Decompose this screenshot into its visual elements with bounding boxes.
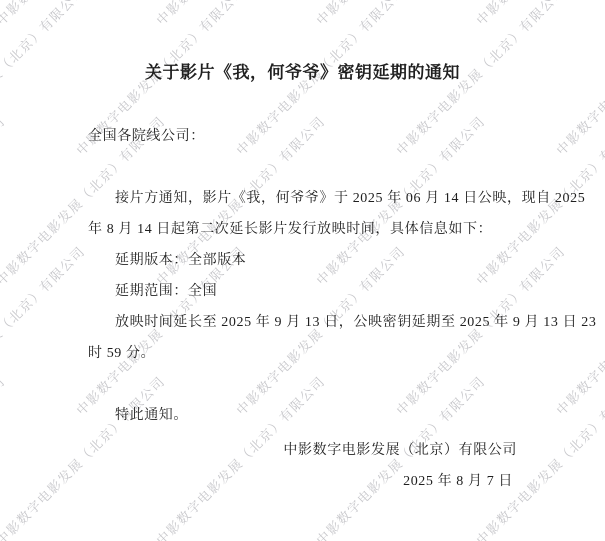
watermark-text: 中影数字电影发展（北京）有限公司 [551, 0, 605, 159]
paragraph2-line1: 放映时间延长至 2025 年 9 月 13 日，公映密钥延期至 2025 年 9… [88, 307, 517, 338]
date-line: 2025 年 8 月 7 日 [88, 466, 517, 497]
detail-scope-line: 延期范围：全国 [88, 276, 517, 307]
watermark-text: 中影数字电影发展（北京）有限公司 [0, 371, 9, 541]
watermark-text: 中影数字电影发展（北京）有限公司 [0, 241, 89, 418]
watermark-text: 中影数字电影发展（北京）有限公司 [0, 111, 9, 288]
notice-title: 关于影片《我，何爷爷》密钥延期的通知 [88, 60, 517, 86]
salutation-line: 全国各院线公司： [88, 121, 517, 152]
signature-line: 中影数字电影发展（北京）有限公司 [88, 435, 517, 466]
notice-content: 关于影片《我，何爷爷》密钥延期的通知 全国各院线公司： 接片方通知，影片《我，何… [88, 0, 517, 497]
detail-version-line: 延期版本：全部版本 [88, 245, 517, 276]
watermark-text: 中影数字电影发展（北京）有限公司 [551, 241, 605, 418]
paragraph1-line2: 年 8 月 14 日起第二次延长影片发行放映时间，具体信息如下： [88, 214, 517, 245]
paragraph1-line1: 接片方通知，影片《我，何爷爷》于 2025 年 06 月 14 日公映，现自 2… [88, 183, 517, 214]
watermark-text: 中影数字电影发展（北京）有限公司 [0, 0, 89, 159]
notice-document-page: 中影数字电影发展（北京）有限公司中影数字电影发展（北京）有限公司中影数字电影发展… [0, 0, 605, 541]
closing-line: 特此通知。 [88, 400, 517, 431]
paragraph2-line2: 时 59 分。 [88, 338, 517, 369]
watermark-text: 中影数字电影发展（北京）有限公司 [0, 0, 9, 29]
